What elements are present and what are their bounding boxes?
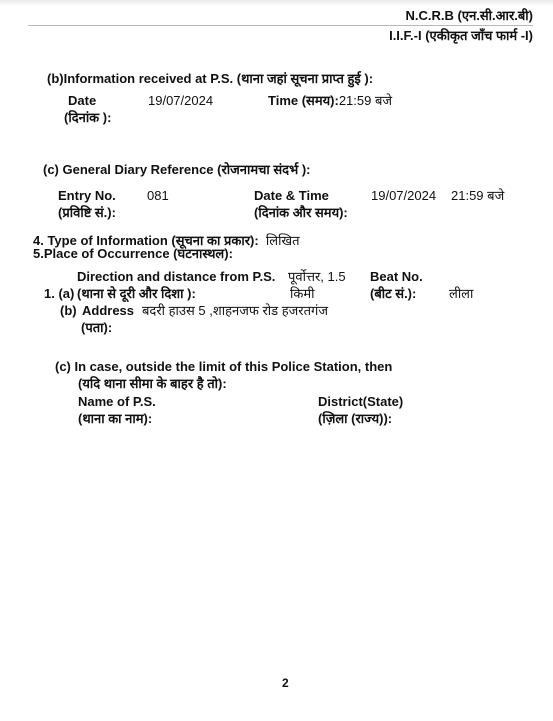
address-prefix: (b)	[60, 303, 77, 319]
header-divider	[28, 25, 533, 26]
outside-limit-heading: (c) In case, outside the limit of this P…	[55, 359, 392, 375]
general-diary-heading: (c) General Diary Reference (रोजनामचा सं…	[43, 162, 310, 178]
entry-no-label-hi: (प्रविष्टि सं.):	[58, 205, 116, 221]
outside-limit-heading-hi: (यदि थाना सीमा के बाहर है तो):	[78, 376, 227, 392]
direction-label-hi: (थाना से दूरी और दिशा ):	[77, 286, 196, 302]
info-time-value: 21:59 बजे	[339, 93, 392, 108]
ncrb-header: N.C.R.B (एन.सी.आर.बी)	[406, 8, 533, 24]
place-heading: 5.Place of Occurrence (घटनास्थल):	[33, 246, 233, 262]
entry-no-value: 081	[147, 188, 169, 204]
info-received-heading: (b)Information received at P.S. (थाना जह…	[47, 71, 373, 87]
diary-time-value: 21:59 बजे	[451, 188, 504, 204]
info-date-value: 19/07/2024	[148, 93, 213, 109]
diary-date-value: 19/07/2024	[371, 188, 436, 204]
type-of-info-value: लिखित	[266, 233, 300, 248]
beat-no-value: लीला	[449, 286, 473, 302]
info-time: Time (समय):21:59 बजे	[268, 93, 392, 109]
direction-value-line2: किमी	[290, 286, 315, 302]
district-label: District(State)	[318, 394, 403, 410]
info-date-label-hi: (दिनांक ):	[64, 110, 111, 126]
info-time-label: Time (समय):	[268, 93, 339, 108]
ps-name-label: Name of P.S.	[78, 394, 156, 410]
page-number: 2	[282, 675, 289, 691]
entry-no-label: Entry No.	[58, 188, 116, 204]
address-value: बदरी हाउस 5 ,शाहनजफ रोड हजरतगंज	[142, 303, 328, 319]
address-label: Address	[82, 303, 134, 319]
page-top-shadow	[0, 0, 553, 6]
direction-prefix: 1. (a)	[44, 286, 74, 302]
beat-no-label-hi: (बीट सं.):	[370, 286, 416, 302]
ps-name-label-hi: (थाना का नाम):	[78, 411, 152, 427]
beat-no-label: Beat No.	[370, 269, 423, 285]
diary-datetime-label: Date & Time	[254, 188, 329, 204]
direction-label: Direction and distance from P.S.	[77, 269, 275, 285]
iif-header: I.I.F.-I (एकीकृत जाँच फार्म -I)	[389, 28, 533, 44]
direction-value-line1: पूर्वोत्तर, 1.5	[288, 269, 346, 285]
info-date-label: Date	[68, 93, 96, 109]
diary-datetime-label-hi: (दिनांक और समय):	[254, 205, 348, 221]
address-label-hi: (पता):	[81, 320, 112, 336]
district-label-hi: (ज़िला (राज्य)):	[318, 411, 392, 427]
